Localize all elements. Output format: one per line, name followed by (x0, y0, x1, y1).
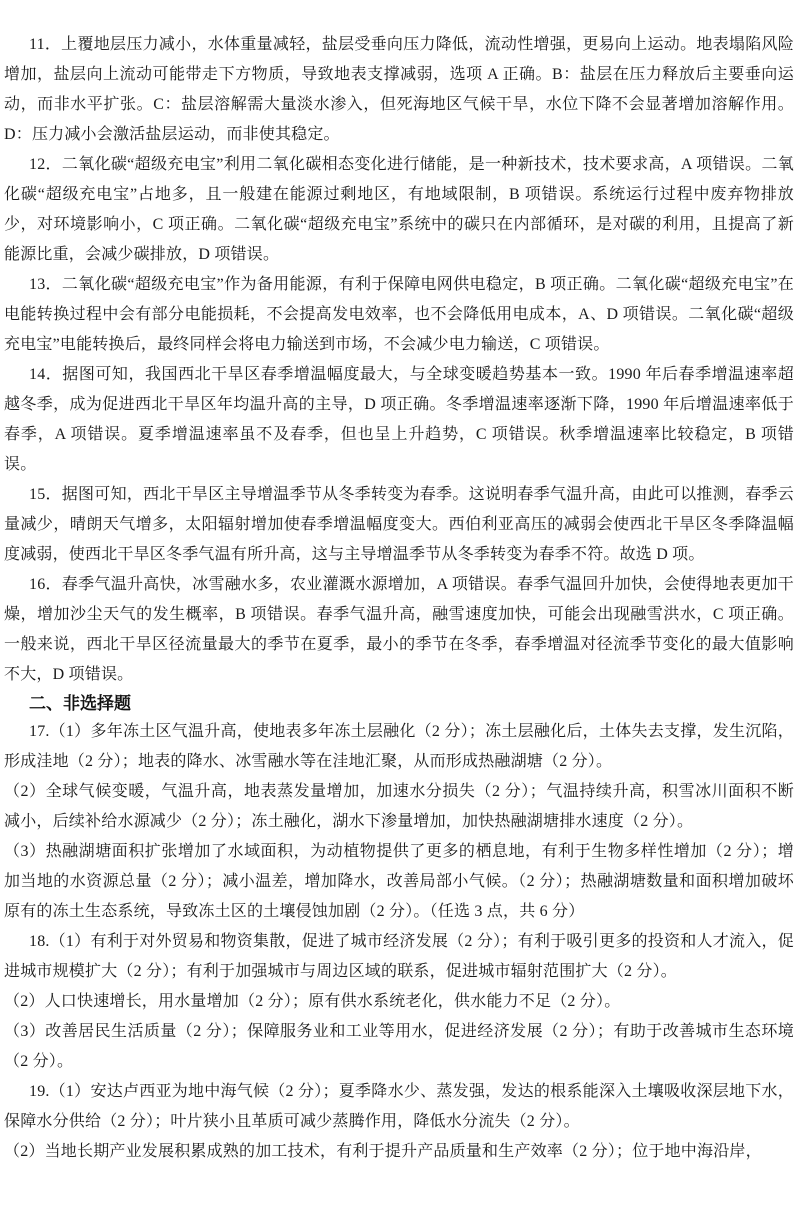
answer-paragraph-19-part-2: （2）当地长期产业发展积累成熟的加工技术，有利于提升产品质量和生产效率（2 分）… (4, 1137, 794, 1167)
answer-paragraph-14: 14．据图可知，我国西北干旱区春季增温幅度最大，与全球变暖趋势基本一致。1990… (4, 360, 794, 480)
answer-paragraph-12: 12．二氧化碳“超级充电宝”利用二氧化碳相态变化进行储能，是一种新技术，技术要求… (4, 150, 794, 270)
document-page: 11．上覆地层压力减小，水体重量减轻，盐层受垂向压力降低，流动性增强，更易向上运… (0, 0, 800, 1206)
answer-paragraph-11: 11．上覆地层压力减小，水体重量减轻，盐层受垂向压力降低，流动性增强，更易向上运… (4, 30, 794, 150)
answer-paragraph-17-part-3: （3）热融湖塘面积扩张增加了水域面积，为动植物提供了更多的栖息地，有利于生物多样… (4, 837, 794, 927)
answer-paragraph-17-part-2: （2）全球气候变暖，气温升高，地表蒸发量增加，加速水分损失（2 分）；气温持续升… (4, 777, 794, 837)
answer-paragraph-15: 15．据图可知，西北干旱区主导增温季节从冬季转变为春季。这说明春季气温升高，由此… (4, 480, 794, 570)
answer-paragraph-16: 16．春季气温升高快，冰雪融水多，农业灌溉水源增加，A 项错误。春季气温回升加快… (4, 570, 794, 690)
answer-paragraph-18-part-3: （3）改善居民生活质量（2 分）；保障服务业和工业等用水，促进经济发展（2 分）… (4, 1017, 794, 1077)
answer-paragraph-19-part-1: 19.（1）安达卢西亚为地中海气候（2 分）；夏季降水少、蒸发强，发达的根系能深… (4, 1077, 794, 1137)
answer-paragraph-13: 13．二氧化碳“超级充电宝”作为备用能源，有利于保障电网供电稳定，B 项正确。二… (4, 270, 794, 360)
answer-paragraph-18-part-2: （2）人口快速增长，用水量增加（2 分）；原有供水系统老化，供水能力不足（2 分… (4, 987, 794, 1017)
answer-paragraph-18-part-1: 18.（1）有利于对外贸易和物资集散，促进了城市经济发展（2 分）；有利于吸引更… (4, 927, 794, 987)
answer-paragraph-17-part-1: 17.（1）多年冻土区气温升高，使地表多年冻土层融化（2 分）；冻土层融化后，土… (4, 717, 794, 777)
section-header-non-choice: 二、非选择题 (4, 690, 794, 717)
